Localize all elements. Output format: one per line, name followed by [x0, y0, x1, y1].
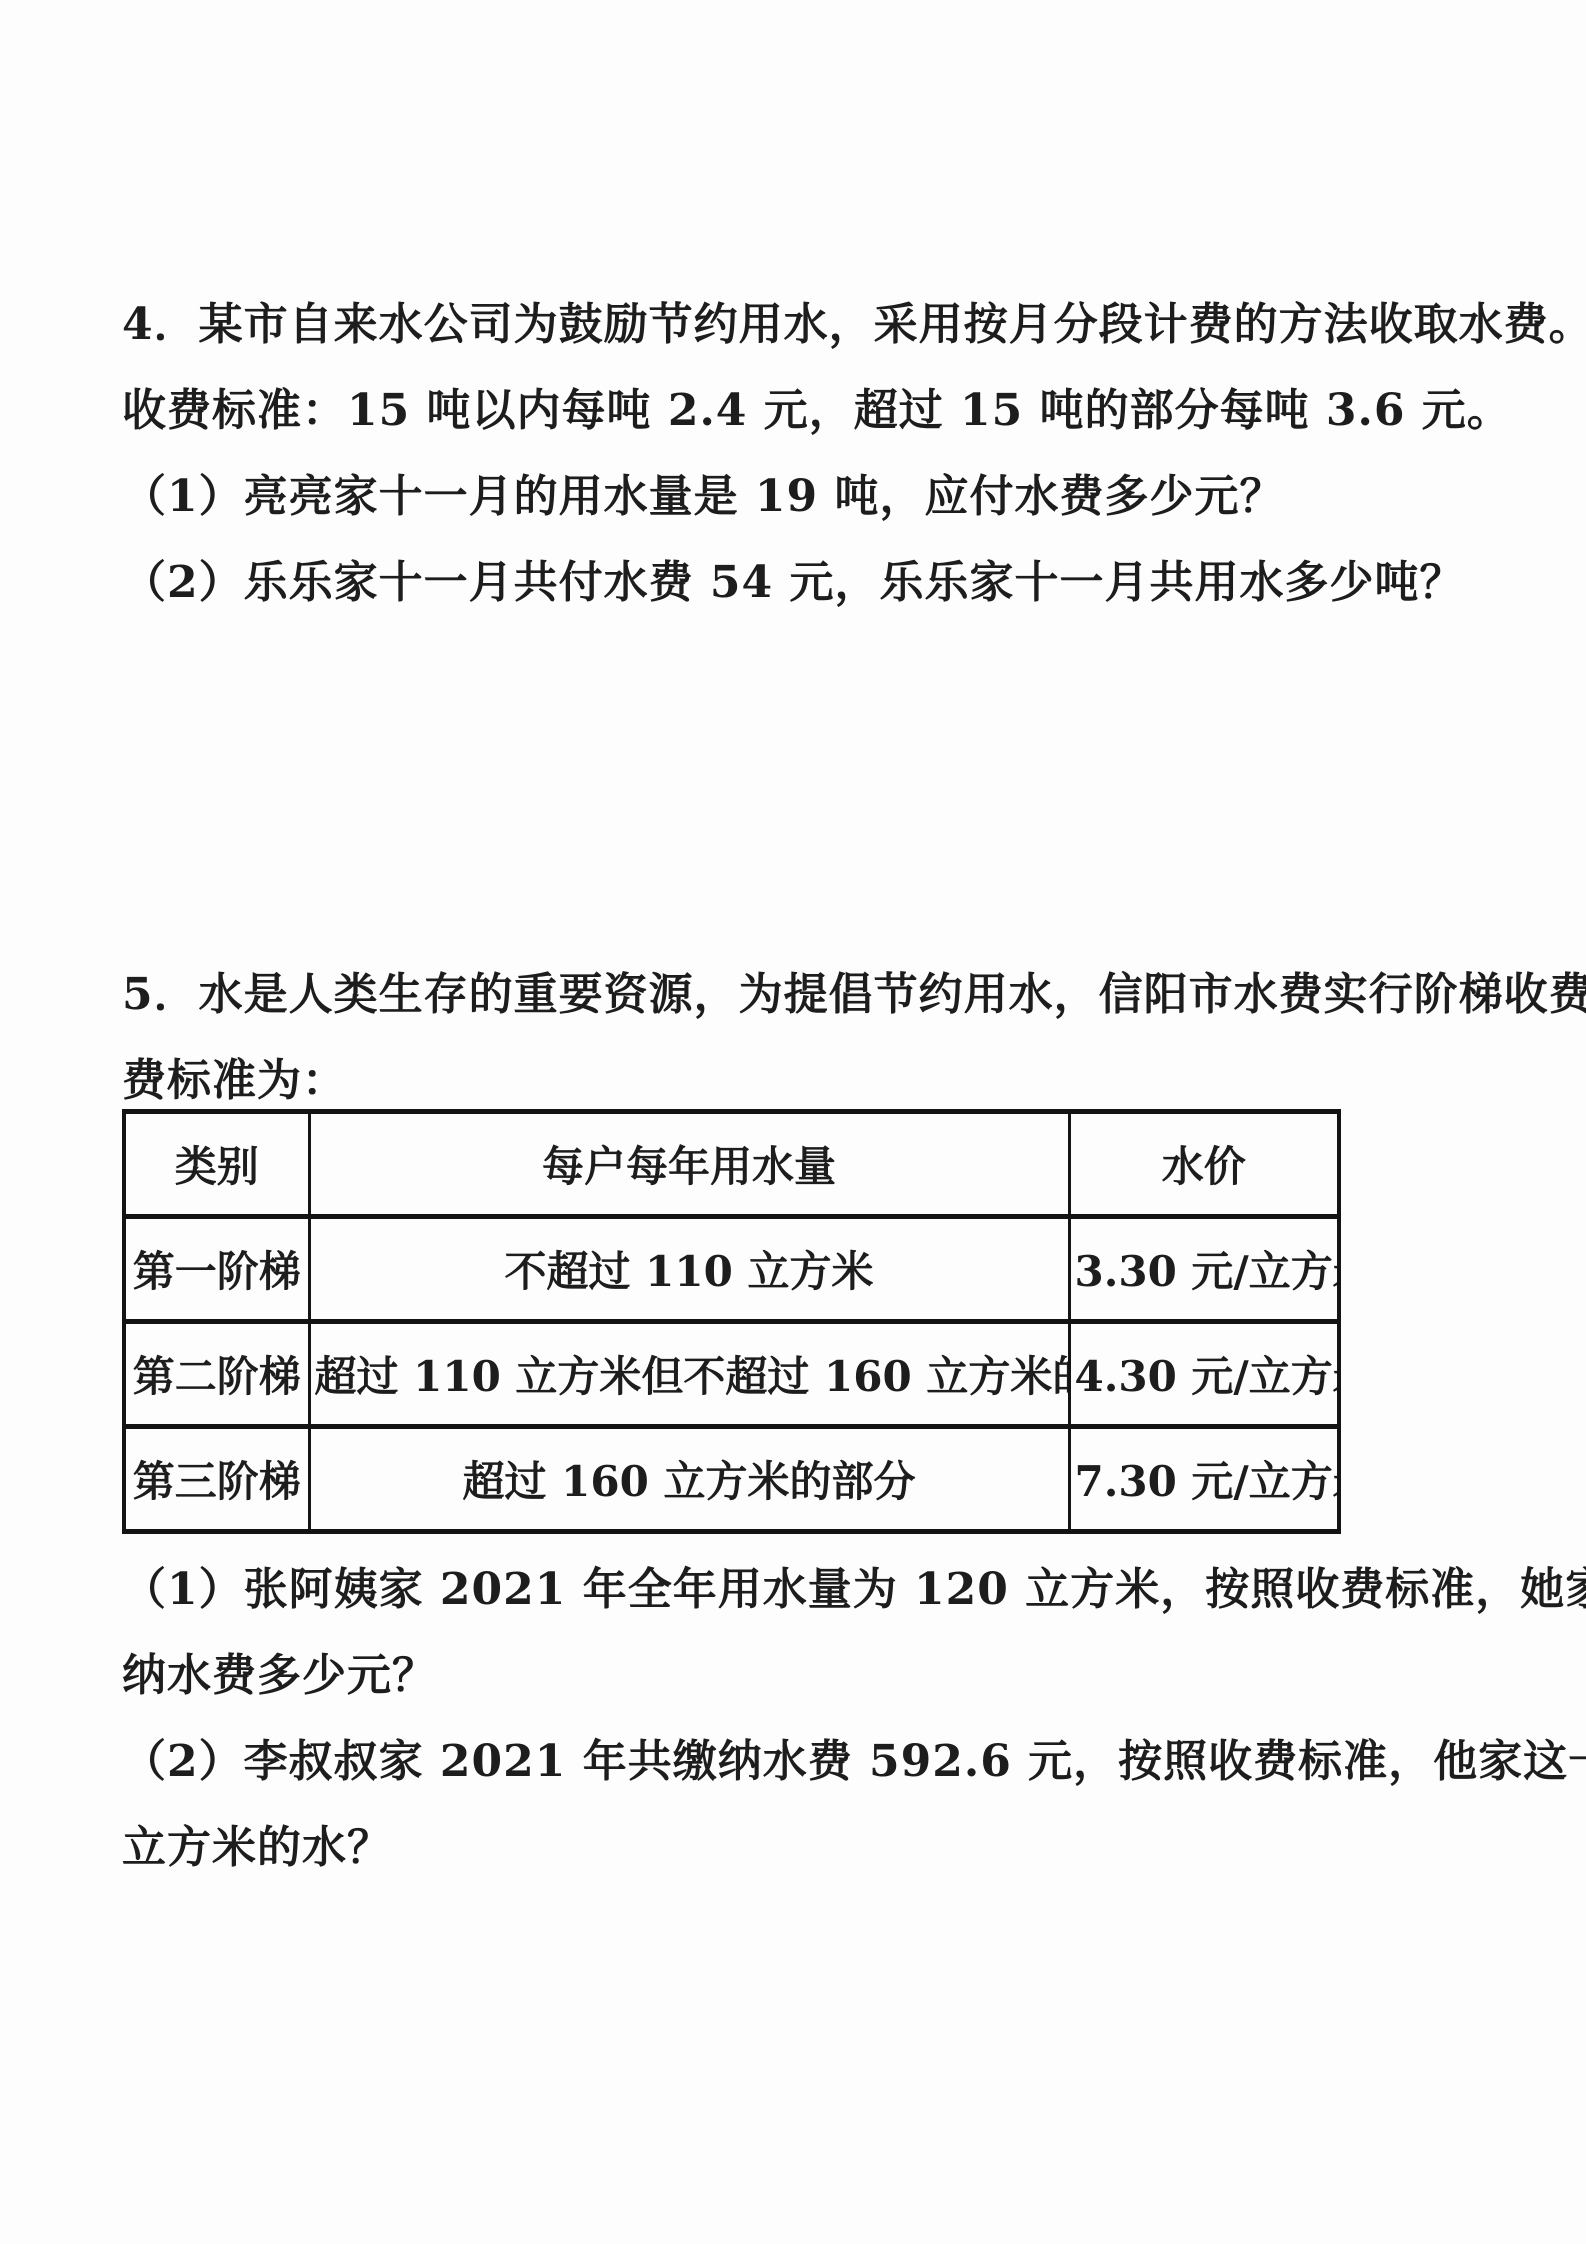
- problem-5-question-2-line-1: （2）李叔叔家 2021 年共缴纳水费 592.6 元，按照收费标准，他家这一年…: [122, 1719, 1586, 1805]
- table-header-category: 类别: [124, 1112, 309, 1217]
- problem-5-question-2-line-2: 立方米的水？: [122, 1805, 1586, 1891]
- table-header-row: 类别 每户每年用水量 水价: [124, 1112, 1339, 1217]
- problem-4: 4．某市自来水公司为鼓励节约用水，采用按月分段计费的方法收取水费。 收费标准：1…: [122, 282, 1586, 626]
- table-row: 第二阶梯 超过 110 立方米但不超过 160 立方米的部分 4.30 元/立方…: [124, 1322, 1339, 1427]
- table-cell-tier-3-price: 7.30 元/立方米: [1069, 1427, 1339, 1532]
- problem-4-statement-line: 4．某市自来水公司为鼓励节约用水，采用按月分段计费的方法收取水费。: [122, 282, 1586, 368]
- table-cell-tier-2: 第二阶梯: [124, 1322, 309, 1427]
- table-cell-tier-2-price: 4.30 元/立方米: [1069, 1322, 1339, 1427]
- problem-5-statement-line-1: 5．水是人类生存的重要资源，为提倡节约用水，信阳市水费实行阶梯收费。具体收: [122, 952, 1586, 1038]
- worksheet-page: 4．某市自来水公司为鼓励节约用水，采用按月分段计费的方法收取水费。 收费标准：1…: [0, 0, 1586, 2244]
- problem-5-intro: 5．水是人类生存的重要资源，为提倡节约用水，信阳市水费实行阶梯收费。具体收 费标…: [122, 952, 1586, 1124]
- table-cell-tier-2-usage: 超过 110 立方米但不超过 160 立方米的部分: [309, 1322, 1069, 1427]
- problem-5-question-1-line-2: 纳水费多少元？: [122, 1633, 1586, 1719]
- table-cell-tier-3: 第三阶梯: [124, 1427, 309, 1532]
- table-row: 第三阶梯 超过 160 立方米的部分 7.30 元/立方米: [124, 1427, 1339, 1532]
- table-cell-tier-3-usage: 超过 160 立方米的部分: [309, 1427, 1069, 1532]
- problem-5-question-1-line-1: （1）张阿姨家 2021 年全年用水量为 120 立方米，按照收费标准，她家这一…: [122, 1547, 1586, 1633]
- table-header-usage: 每户每年用水量: [309, 1112, 1069, 1217]
- problem-4-rate-line: 收费标准：15 吨以内每吨 2.4 元，超过 15 吨的部分每吨 3.6 元。: [122, 368, 1586, 454]
- problem-4-question-1: （1）亮亮家十一月的用水量是 19 吨，应付水费多少元？: [122, 454, 1586, 540]
- problem-4-question-2: （2）乐乐家十一月共付水费 54 元，乐乐家十一月共用水多少吨？: [122, 540, 1586, 626]
- problem-5-questions: （1）张阿姨家 2021 年全年用水量为 120 立方米，按照收费标准，她家这一…: [122, 1547, 1586, 1891]
- table-cell-tier-1-usage: 不超过 110 立方米: [309, 1217, 1069, 1322]
- table-header-price: 水价: [1069, 1112, 1339, 1217]
- table-cell-tier-1: 第一阶梯: [124, 1217, 309, 1322]
- table-cell-tier-1-price: 3.30 元/立方米: [1069, 1217, 1339, 1322]
- water-rate-table: 类别 每户每年用水量 水价 第一阶梯 不超过 110 立方米 3.30 元/立方…: [122, 1109, 1341, 1534]
- table-row: 第一阶梯 不超过 110 立方米 3.30 元/立方米: [124, 1217, 1339, 1322]
